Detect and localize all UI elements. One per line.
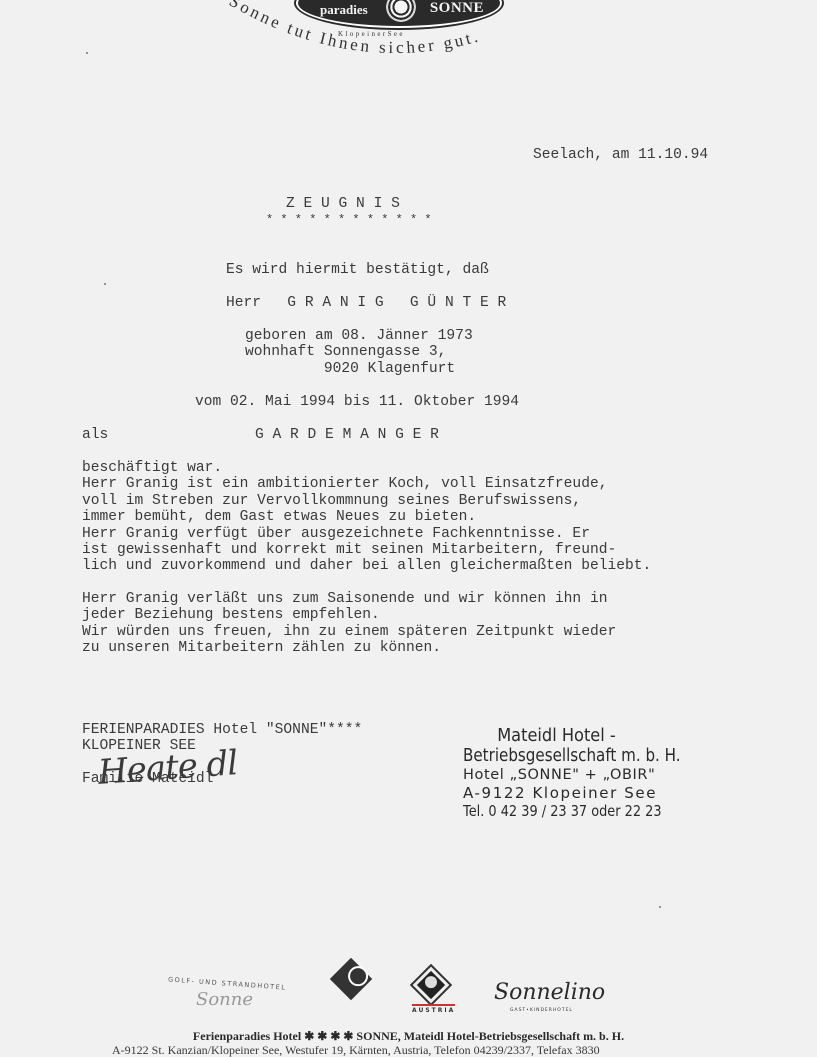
document-title: Z E U G N I S [286,196,400,212]
golf-hotel-logo: GOLF- UND STRANDHOTEL Sonne [168,980,298,1018]
sonnelino-logo: Sonnelino [494,980,605,1005]
body-paragraph-1: beschäftigt war. Herr Granig ist ein amb… [82,460,651,575]
als-label: als [82,427,108,443]
stamp-line-4: A-9122 Klopeiner See [463,784,722,802]
letter-page: paradies SONNE KlopeinerSee Sonne tut Ih… [0,0,817,1057]
scan-speck [86,52,88,54]
company-stamp: Mateidl Hotel - Betriebsgesellschaft m. … [463,725,722,820]
golf-logo-name: Sonne [196,989,298,1010]
title-underline: * * * * * * * * * * * * [266,212,432,228]
golf-ball-logo [410,964,452,1006]
body-paragraph-2: Herr Granig verläßt uns zum Saisonende u… [82,591,616,657]
stamp-line-3: Hotel „SONNE" + „OBIR" [463,766,722,784]
employment-period: vom 02. Mai 1994 bis 11. Oktober 1994 [195,394,519,410]
sonnelino-subtitle: GAST•KINDERHOTEL [510,1008,573,1013]
stamp-line-2: Betriebsgesellschaft m. b. H. [463,746,681,766]
footer-address-line: A-9122 St. Kanzian/Klopeiner See, Westuf… [112,1043,600,1057]
scan-speck [659,906,661,908]
svg-text:Sonne tut Ihnen sicher gut.: Sonne tut Ihnen sicher gut. [226,0,483,57]
diamond-moon-logo [330,958,372,1000]
date-line: Seelach, am 11.10.94 [533,147,708,163]
footer-company-line: Ferienparadies Hotel ✱ ✱ ✱ ✱ SONNE, Mate… [0,1029,817,1044]
job-role: G A R D E M A N G E R [255,427,439,443]
moon-icon [348,966,368,986]
stamp-line-1: Mateidl Hotel - [463,725,696,746]
employee-name: Herr G R A N I G G Ü N T E R [226,295,506,311]
scan-speck [104,283,106,285]
stamp-line-5: Tel. 0 42 39 / 23 37 oder 22 23 [463,802,686,820]
employee-details: geboren am 08. Jänner 1973 wohnhaft Sonn… [245,328,473,377]
slogan-arc: Sonne tut Ihnen sicher gut. [0,0,817,90]
austria-label: AUSTRIA [412,1004,455,1014]
intro-text: Es wird hiermit bestätigt, daß [226,262,489,278]
slogan-text: Sonne tut Ihnen sicher gut. [226,0,483,57]
